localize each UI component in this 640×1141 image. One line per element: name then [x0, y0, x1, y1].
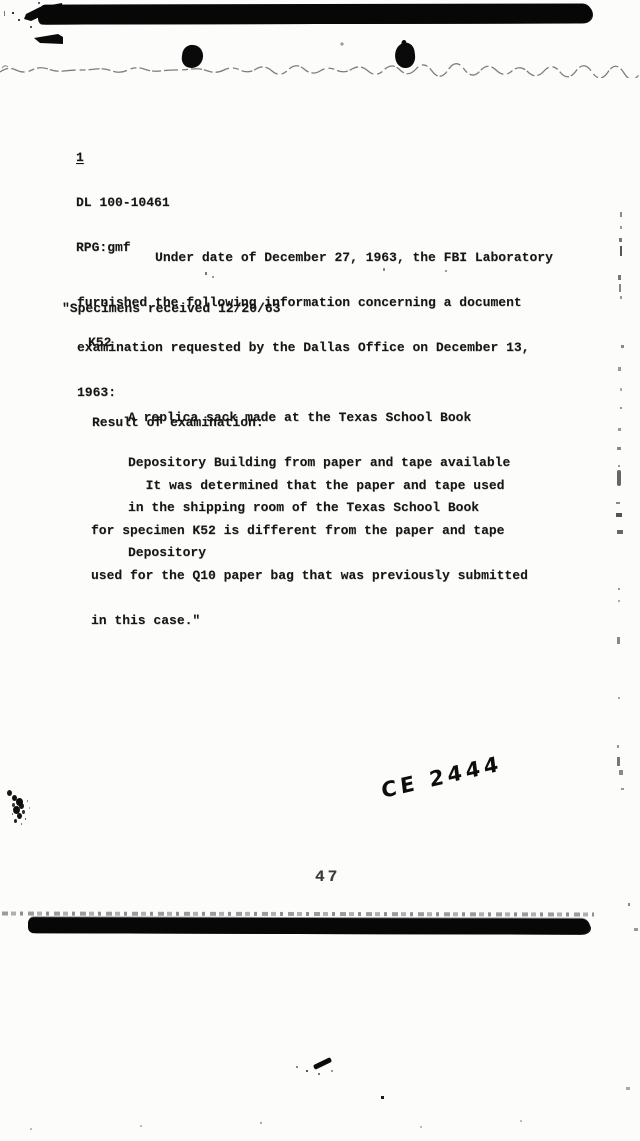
- scan-speckle-line: [2, 911, 594, 916]
- exhibit-number-handwritten: CE 2444: [380, 751, 503, 803]
- speck: [445, 270, 447, 272]
- file-number: DL 100-10461: [76, 195, 170, 210]
- result-heading: Result of examination:: [92, 415, 264, 430]
- result-paragraph: It was determined that the paper and tap…: [91, 448, 528, 658]
- speck: [383, 268, 385, 271]
- scan-mark: [620, 388, 622, 391]
- scan-squiggle-line: [0, 58, 640, 78]
- scan-mark: [616, 513, 622, 517]
- speck: [318, 1073, 320, 1075]
- scan-mark: [620, 246, 622, 256]
- speck: [420, 1126, 422, 1128]
- text-line: used for the Q10 paper bag that was prev…: [91, 568, 528, 583]
- speck: [340, 42, 344, 46]
- scan-mark: [626, 1087, 630, 1090]
- scan-mark: [618, 588, 620, 590]
- page-ref-number: 1: [76, 150, 84, 165]
- scan-mark: [628, 903, 630, 906]
- scan-mark: [619, 284, 621, 292]
- speck: [212, 276, 214, 278]
- text-line: It was determined that the paper and tap…: [91, 478, 528, 493]
- scan-mark: [619, 238, 622, 242]
- speck: [331, 1070, 333, 1072]
- scan-mark: [620, 226, 622, 229]
- speck: [260, 1122, 262, 1124]
- scan-mark: [618, 367, 621, 371]
- scan-mark: [617, 530, 623, 534]
- ink-smudge-icon: [7, 790, 12, 796]
- speck: [306, 1070, 308, 1072]
- speck: [381, 1096, 384, 1099]
- speck: [140, 1125, 142, 1127]
- scan-mark: [618, 428, 621, 431]
- scan-mark: [617, 745, 619, 748]
- ink-mark-icon: [313, 1057, 332, 1070]
- scan-mark: [617, 637, 620, 644]
- redaction-bar-bottom-icon: [28, 917, 590, 934]
- scan-mark: [618, 465, 620, 467]
- scan-mark: [618, 697, 620, 699]
- page-number: 47: [315, 868, 340, 886]
- scan-mark: [620, 296, 622, 299]
- scan-mark: [617, 757, 620, 766]
- scan-mark: [617, 447, 621, 450]
- scan-mark: [620, 407, 622, 409]
- scan-mark: [617, 470, 621, 486]
- scan-mark: [634, 928, 638, 931]
- speck: [30, 1128, 32, 1130]
- scan-mark: [618, 275, 621, 280]
- text-line: Under date of December 27, 1963, the FBI…: [77, 250, 553, 265]
- scan-mark: [619, 770, 623, 775]
- scanned-document-page: 1 DL 100-10461 RPG:gmf Under date of Dec…: [0, 0, 640, 1141]
- speck: [520, 1120, 522, 1122]
- scan-mark: [618, 600, 620, 602]
- text-line: in this case.": [91, 613, 528, 628]
- redaction-bar-top-icon: [38, 3, 592, 24]
- scan-mark: [616, 502, 620, 504]
- specimen-id: K52: [88, 335, 111, 350]
- scan-mark: [621, 788, 624, 790]
- scan-mark: [621, 345, 624, 348]
- specimens-heading: "Specimens received 12/20/63: [62, 301, 280, 316]
- speck: [296, 1066, 298, 1068]
- speck: [205, 272, 207, 275]
- scan-mark: [620, 212, 622, 217]
- text-line: for specimen K52 is different from the p…: [91, 523, 528, 538]
